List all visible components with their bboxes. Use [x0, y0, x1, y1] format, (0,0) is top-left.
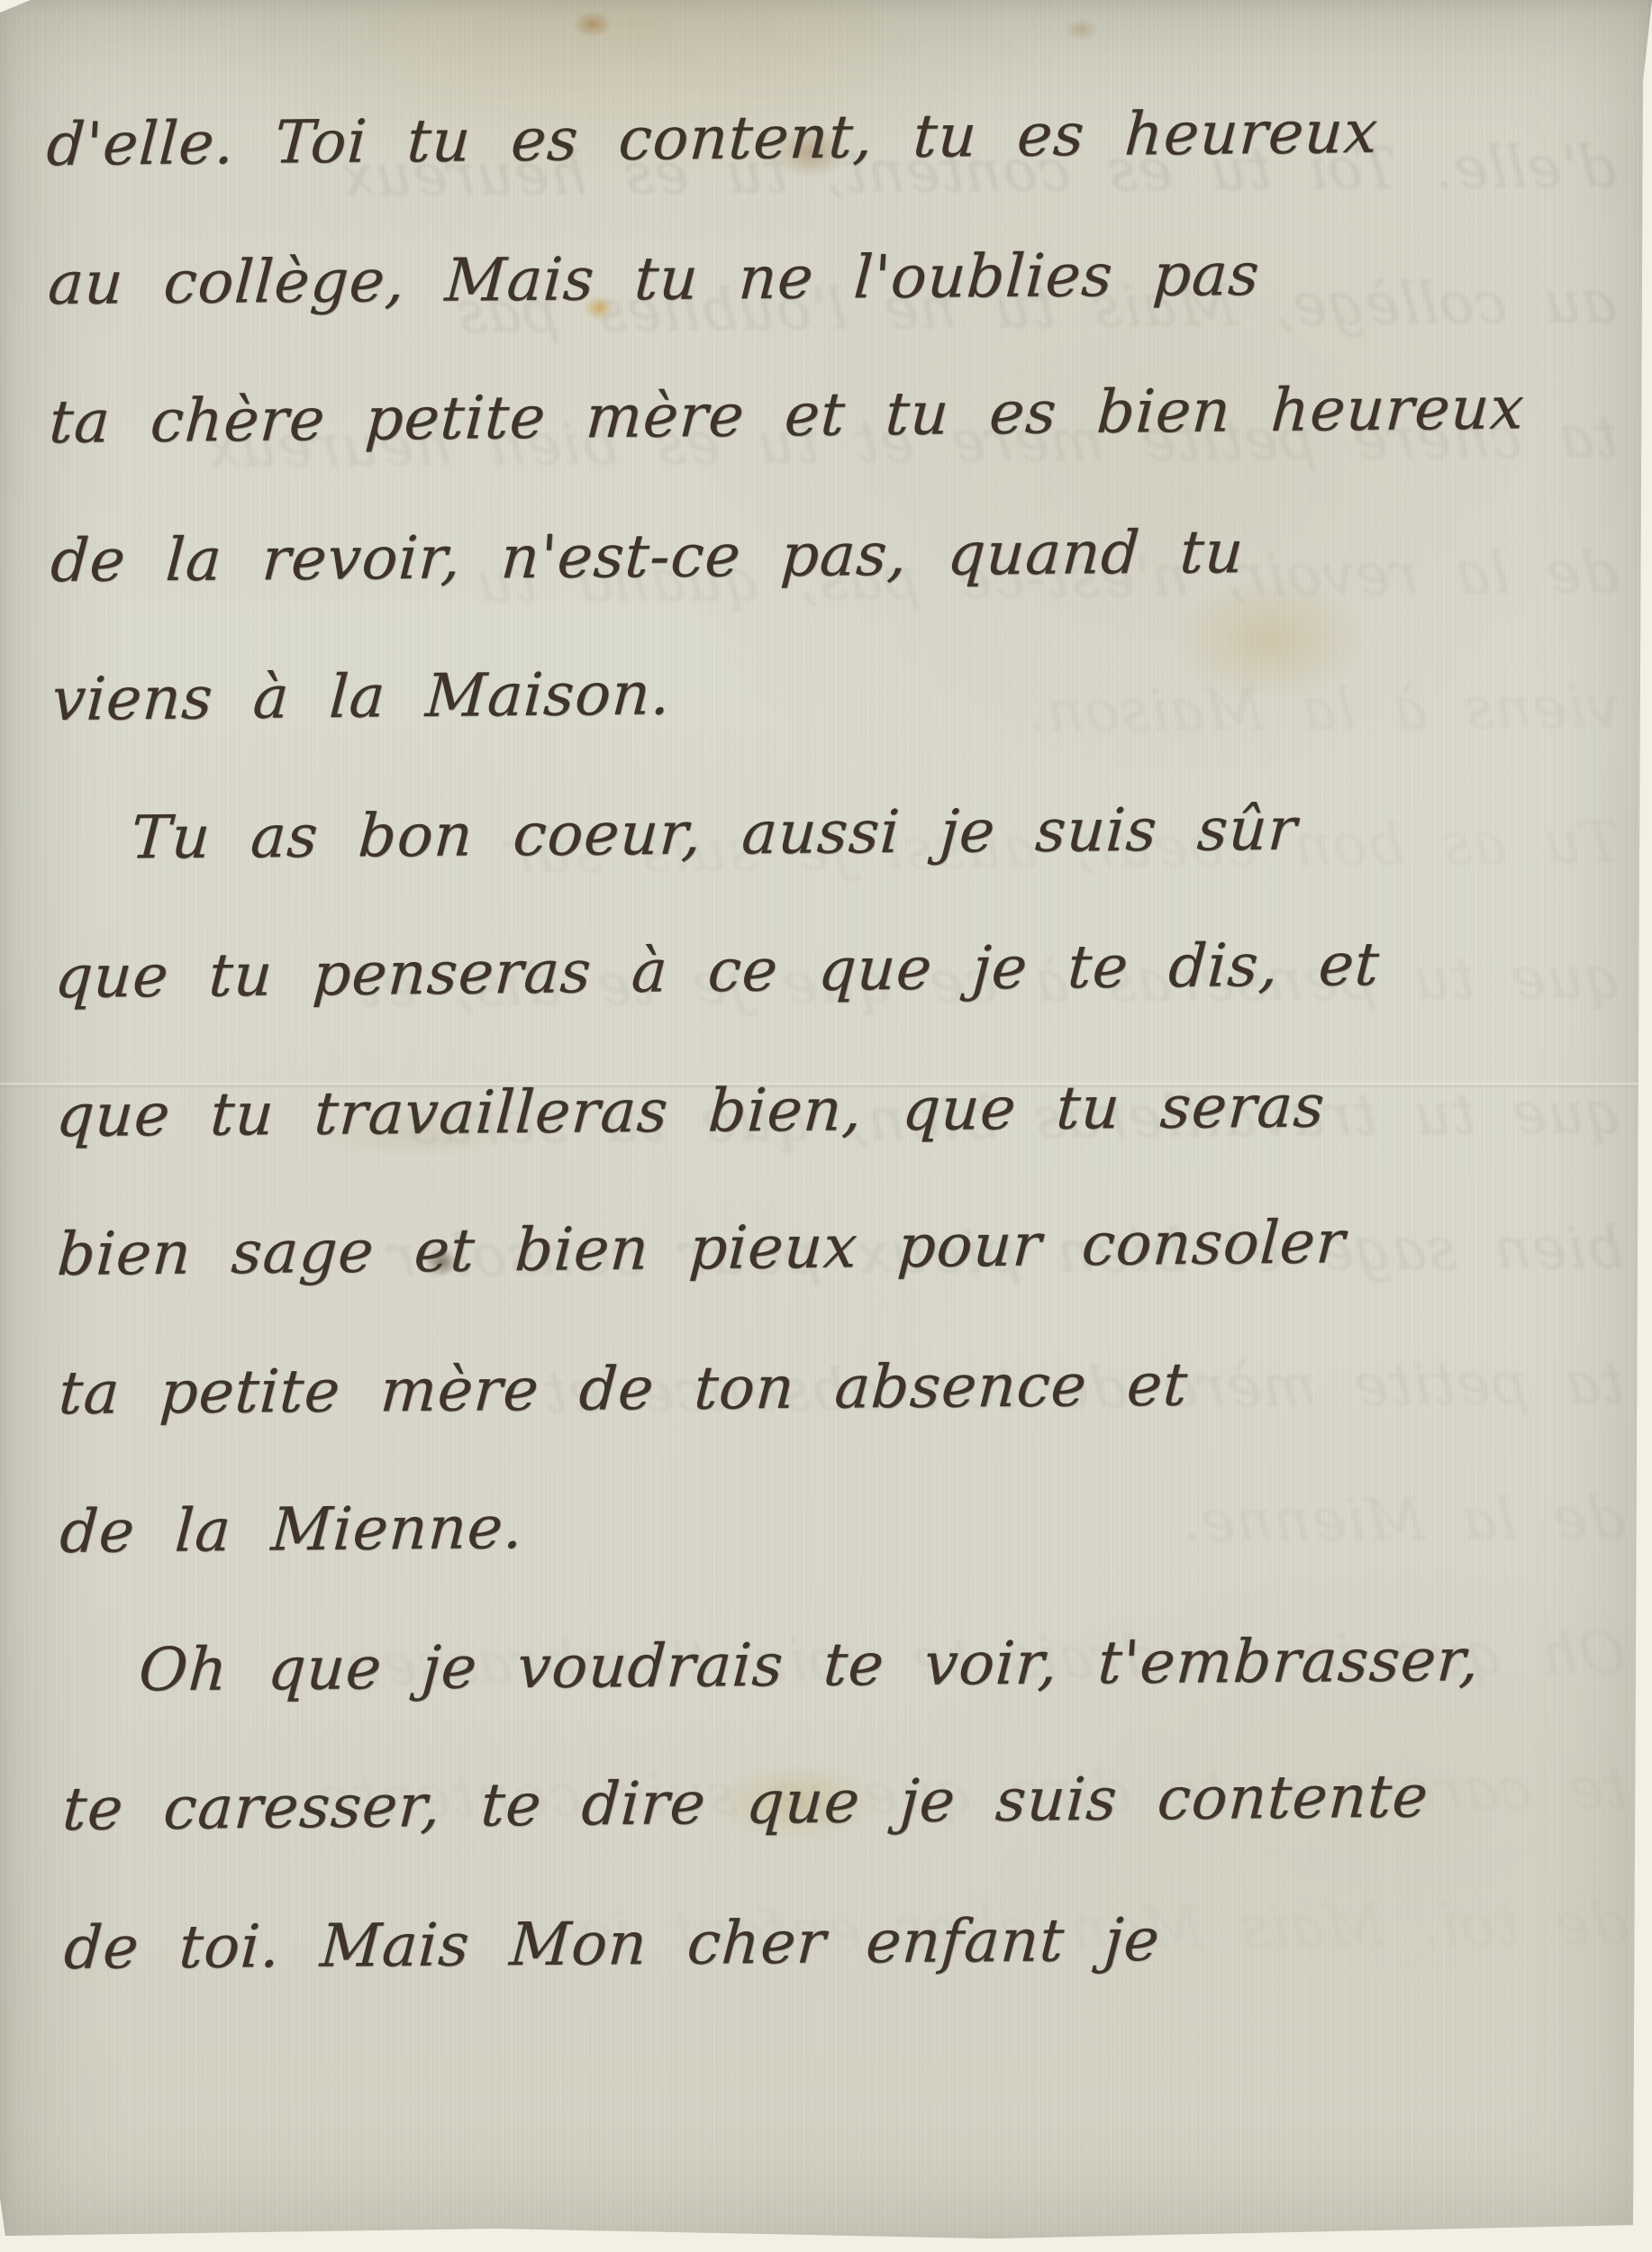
letter-photo: { "letter": { "description": "Handwritte… — [0, 0, 1652, 2252]
stain — [573, 11, 613, 38]
letter-line-1: d'elle. Toi tu es content, tu es heureux — [42, 62, 1618, 216]
letter-line-10: ta petite mère de ton absence et — [54, 1314, 1629, 1465]
letter-line-4: de la revoir, n'est-ce pas, quand tu — [47, 482, 1622, 632]
letter-line-9: bien sage et bien pieux pour consoler — [53, 1172, 1629, 1326]
letter-line-8: que tu travailleras bien, que tu seras — [51, 1037, 1627, 1187]
letter-line-7: que tu penseras à ce que je te dis, et — [50, 894, 1626, 1049]
letter-page: d'elle. Toi tu es content, tu es heureux… — [0, 0, 1652, 2252]
letter-line-3: ta chère petite mère et tu es bien heure… — [45, 340, 1620, 494]
letter-line-5: viens à la Maison. — [48, 617, 1623, 771]
letter-line-12: Oh que je voudrais te voir, t'embrasser, — [57, 1592, 1632, 1742]
letter-line-13: te caresser, te dire que je suis content… — [59, 1727, 1634, 1881]
letter-line-14: de toi. Mais Mon cher enfant je — [59, 1869, 1635, 2020]
stain — [1063, 18, 1099, 41]
letter-line-6: Tu as bon coeur, aussi je suis sûr — [50, 759, 1625, 910]
letter-line-2: au collège, Mais tu ne l'oublies pas — [44, 204, 1620, 355]
letter-text: d'elle. Toi tu es content, tu es heureux… — [41, 62, 1628, 2020]
letter-line-11: de la Mienne. — [56, 1449, 1631, 1603]
